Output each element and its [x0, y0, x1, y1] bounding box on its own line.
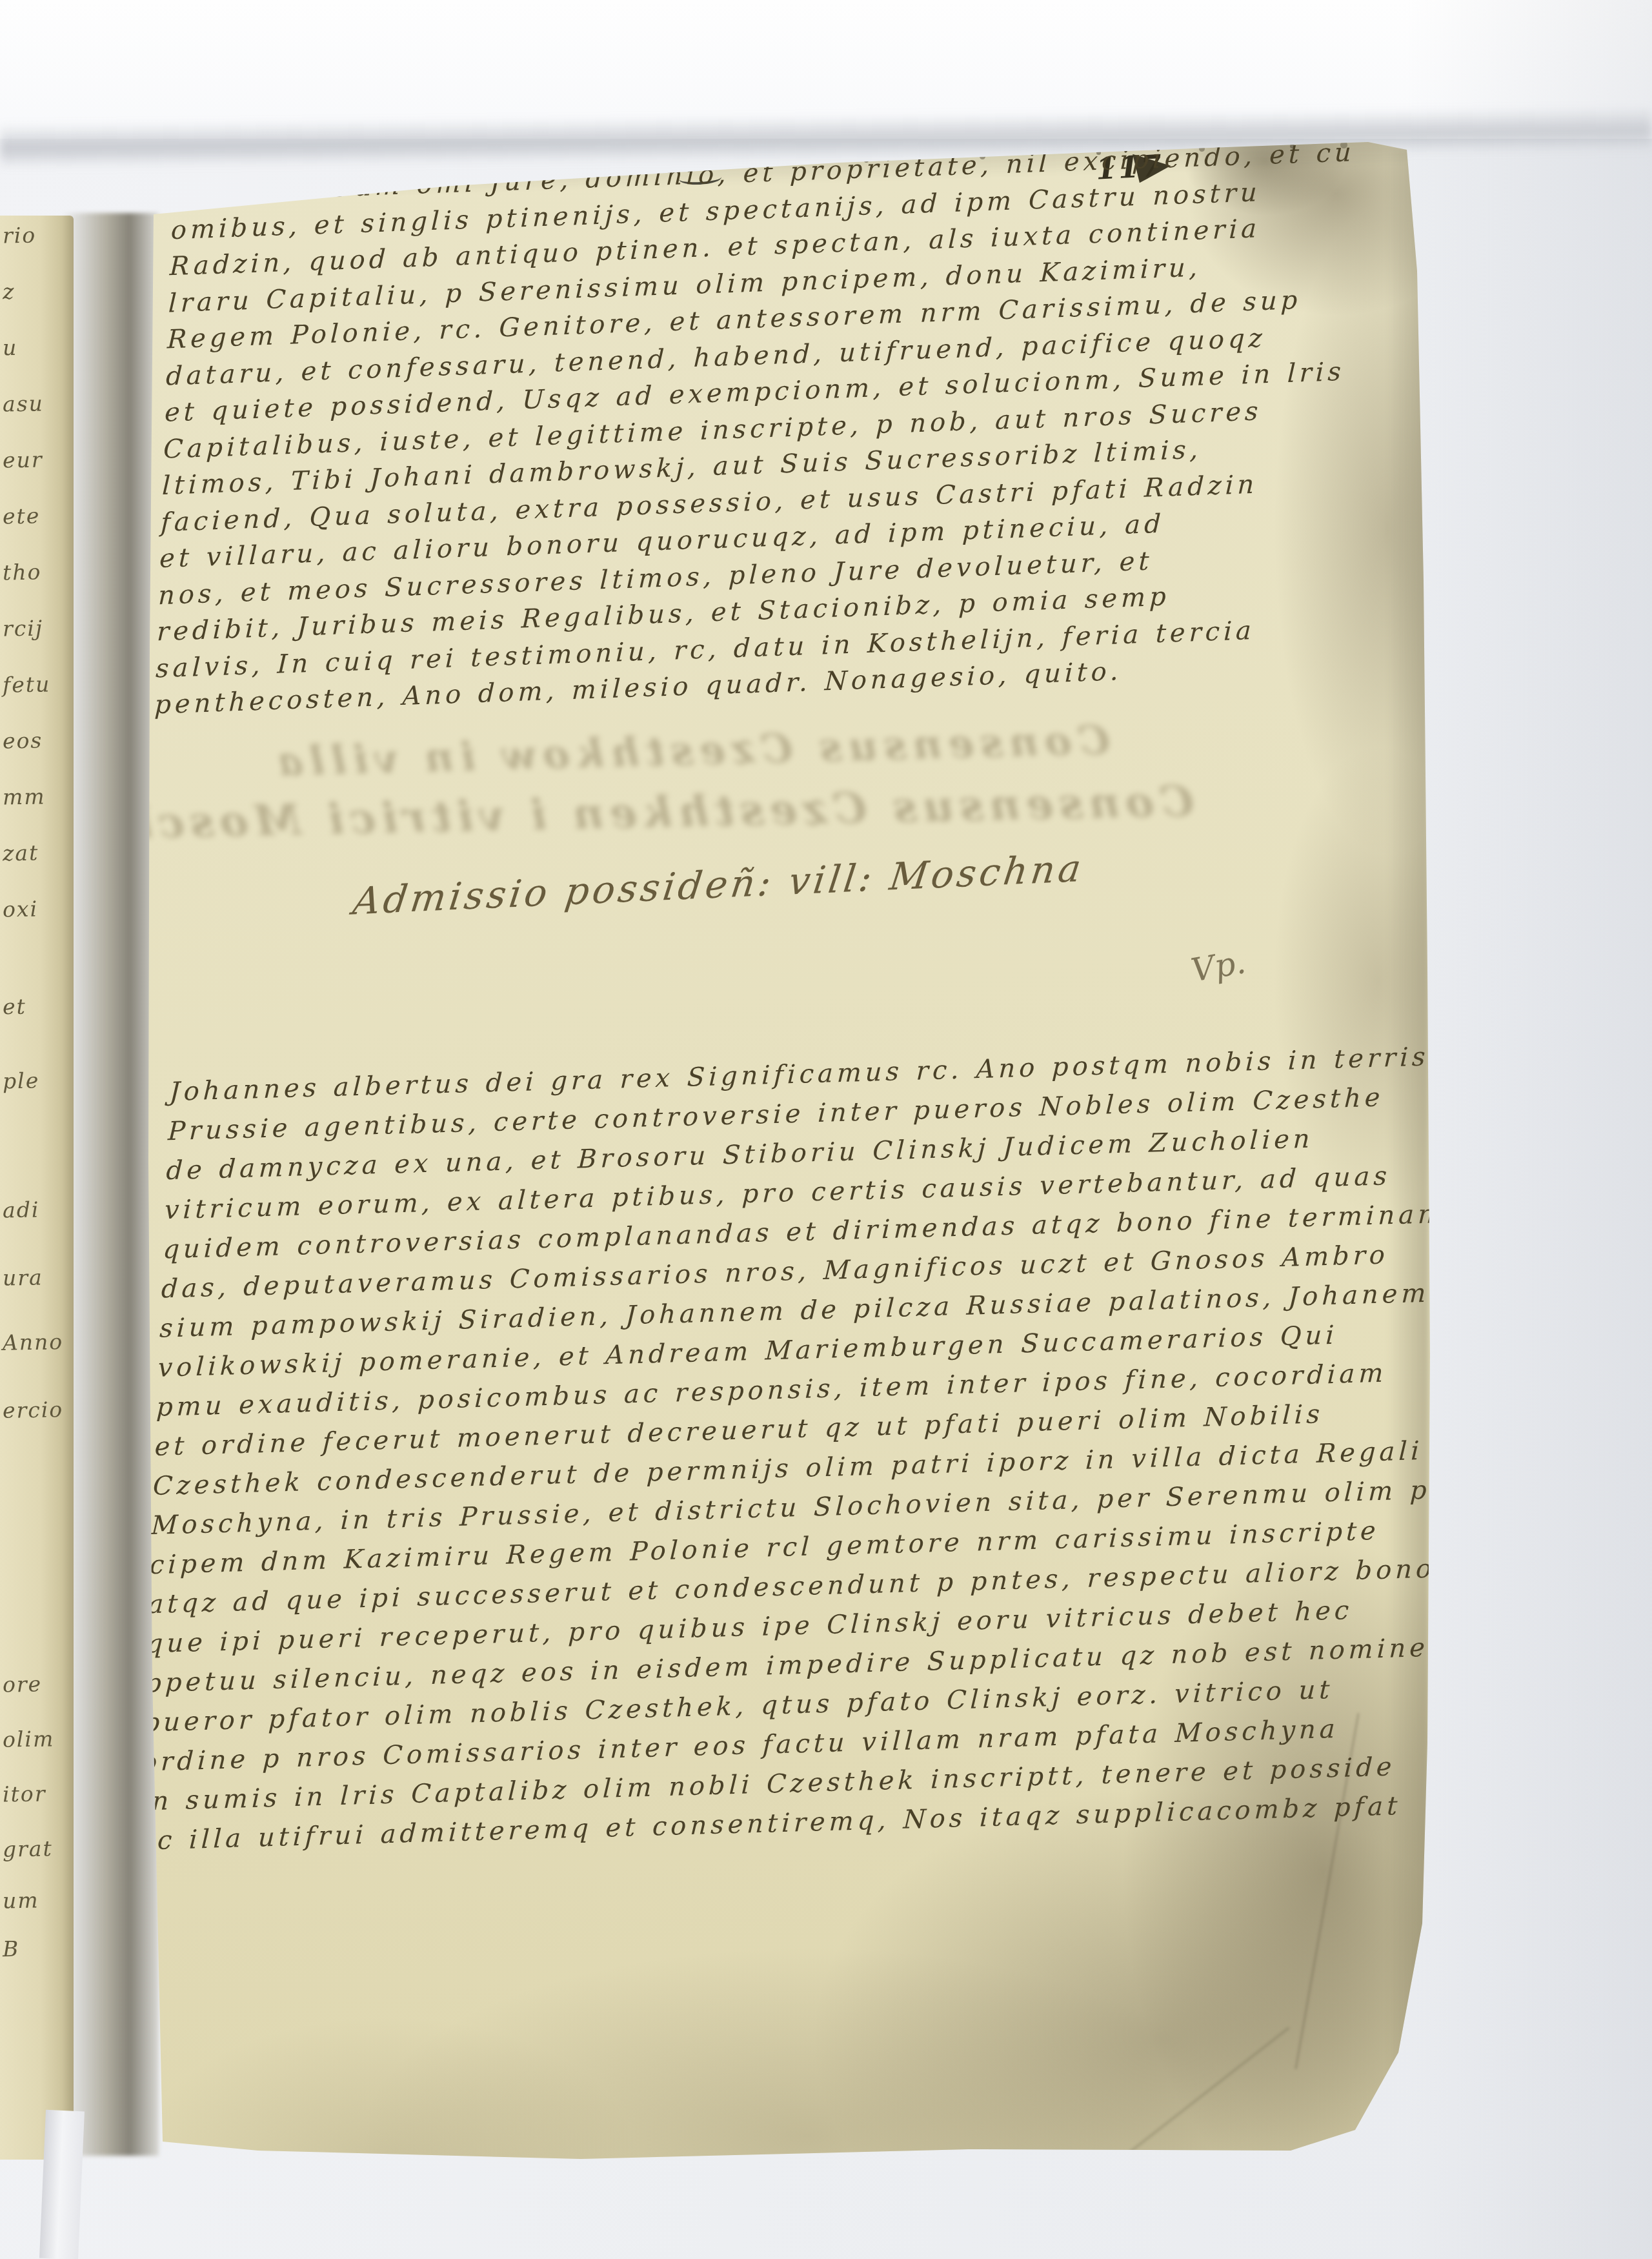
facing-leaf-fragment: ercio: [3, 1397, 64, 1423]
text-block-2: Johannes albertus dei gra rex Significam…: [137, 1035, 1523, 1861]
bleedthrough-text: Consensus Czesthkow in villa: [193, 716, 1110, 787]
facing-leaf-fragment: ore: [3, 1671, 43, 1697]
facing-leaf-fragment: um: [3, 1888, 39, 1914]
facing-leaf-fragment: tho: [3, 559, 42, 585]
manuscript-scan: riozuasueuretethorcijfetueosmmzatoxietpl…: [0, 0, 1652, 2259]
facing-leaf-fragment: B: [3, 1936, 20, 1961]
facing-leaf-fragment: olim: [3, 1726, 55, 1752]
facing-leaf-fragment: Anno: [3, 1329, 64, 1355]
parchment-crease: [1125, 2027, 1289, 2155]
section-heading: Admissio possideñ: vill: Moschna: [350, 846, 1087, 924]
facing-leaf-fragment: itor: [3, 1781, 46, 1807]
bleedthrough-text: Consensus Czesthken i vitrici Moschina: [186, 776, 1194, 847]
facing-leaf-fragment: et: [3, 994, 26, 1020]
facing-leaf-fragment: eos: [3, 727, 43, 753]
paper-slip: [39, 2110, 85, 2259]
binding-gutter-shadow: [62, 213, 159, 2156]
facing-leaf-fragment: ura: [3, 1264, 43, 1290]
facing-leaf-fragment: rcij: [3, 615, 44, 641]
facing-leaf-fragment: zat: [3, 840, 39, 866]
backdrop-right-shade: [1407, 0, 1652, 2259]
facing-leaf-fragment: ple: [3, 1068, 40, 1094]
facing-leaf-fragment: eur: [3, 447, 43, 472]
marginal-mark: Vp.: [1189, 943, 1249, 989]
facing-leaf-fragment: z: [3, 279, 15, 304]
facing-leaf-fragment: fetu: [3, 671, 51, 697]
top-edge-ink-specks: [336, 182, 339, 185]
parchment-page: Initium videatur p. 124v 117. 117 Specta…: [0, 0, 1652, 2259]
facing-leaf-fragment: u: [3, 335, 18, 360]
facing-leaf-fragment: adi: [3, 1197, 40, 1223]
facing-leaf-fragment: oxi: [3, 897, 39, 922]
text-block-1: Spectan. Cum omi Jure, dominio, et propr…: [154, 134, 1355, 724]
facing-leaf-fragment: grat: [3, 1836, 54, 1861]
facing-leaf-fragment: asu: [3, 390, 45, 416]
facing-leaf-fragment: mm: [3, 784, 46, 809]
facing-leaf-fragment: rio: [3, 223, 37, 248]
facing-leaf-fragment: ete: [3, 503, 41, 529]
